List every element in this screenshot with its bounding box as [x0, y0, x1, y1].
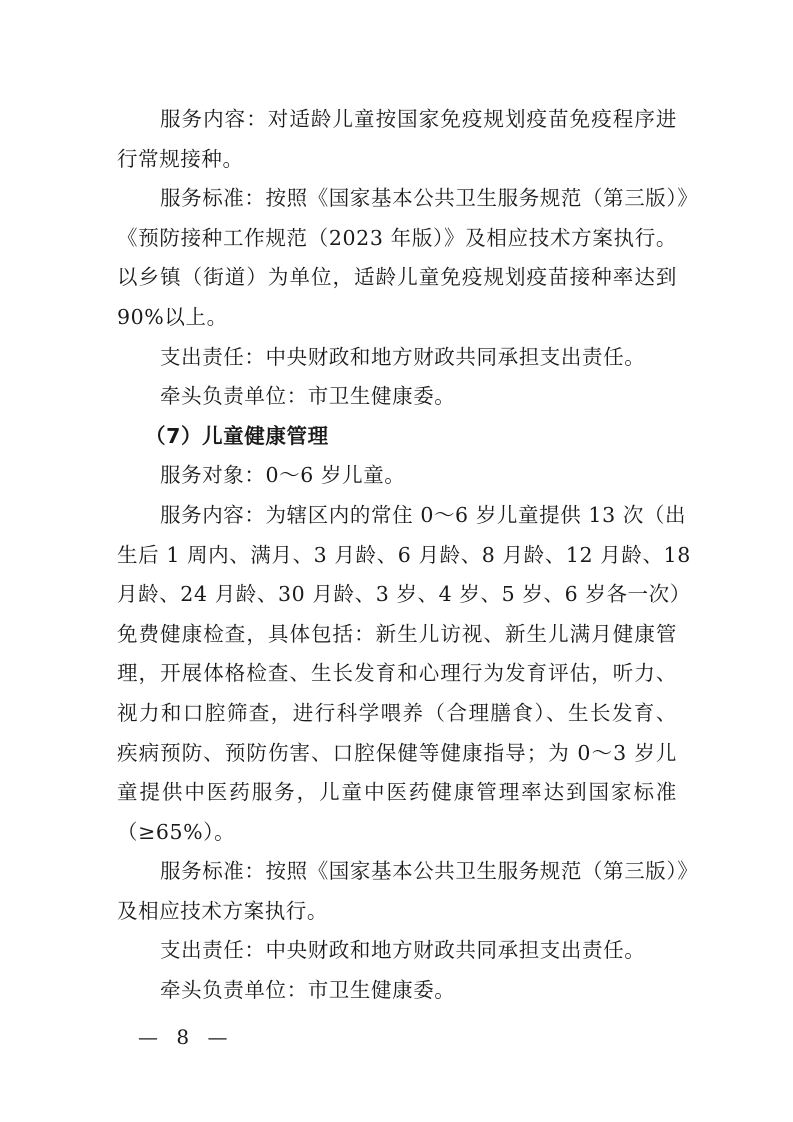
paragraph-line: 服务标准：按照《国家基本公共卫生服务规范（第三版）》	[117, 852, 677, 892]
paragraph-line: 服务标准：按照《国家基本公共卫生服务规范（第三版）》	[117, 179, 677, 219]
document-page: 服务内容：对适龄儿童按国家免疫规划疫苗免疫程序进 行常规接种。 服务标准：按照《…	[117, 100, 677, 1011]
paragraph-line: 月龄、24 月龄、30 月龄、3 岁、4 岁、5 岁、6 岁各一次）	[117, 575, 677, 615]
paragraph-line: 免费健康检查，具体包括：新生儿访视、新生儿满月健康管	[117, 615, 677, 655]
paragraph-line: 服务内容：为辖区内的常住 0～6 岁儿童提供 13 次（出	[117, 496, 677, 536]
paragraph-line: 以乡镇（街道）为单位，适龄儿童免疫规划疫苗接种率达到	[117, 258, 677, 298]
paragraph-line: 生后 1 周内、满月、3 月龄、6 月龄、8 月龄、12 月龄、18	[117, 536, 677, 576]
paragraph-line: 童提供中医药服务，儿童中医药健康管理率达到国家标准	[117, 773, 677, 813]
paragraph-line: 服务内容：对适龄儿童按国家免疫规划疫苗免疫程序进	[117, 100, 677, 140]
page-number: — 8 —	[138, 1025, 233, 1049]
paragraph-line: 支出责任：中央财政和地方财政共同承担支出责任。	[117, 931, 677, 971]
section-heading: （7）儿童健康管理	[117, 417, 677, 457]
paragraph-line: 90%以上。	[117, 298, 677, 338]
paragraph-line: 服务对象：0～6 岁儿童。	[117, 456, 677, 496]
paragraph-line: 牵头负责单位：市卫生健康委。	[117, 971, 677, 1011]
paragraph-line: 支出责任：中央财政和地方财政共同承担支出责任。	[117, 338, 677, 378]
paragraph-line: 理，开展体格检查、生长发育和心理行为发育评估，听力、	[117, 654, 677, 694]
paragraph-line: （≥65%）。	[117, 813, 677, 853]
paragraph-line: 行常规接种。	[117, 140, 677, 180]
paragraph-line: 牵头负责单位：市卫生健康委。	[117, 377, 677, 417]
paragraph-line: 《预防接种工作规范（2023 年版）》及相应技术方案执行。	[117, 219, 677, 259]
paragraph-line: 视力和口腔筛查，进行科学喂养（合理膳食）、生长发育、	[117, 694, 677, 734]
paragraph-line: 及相应技术方案执行。	[117, 892, 677, 932]
paragraph-line: 疾病预防、预防伤害、口腔保健等健康指导；为 0～3 岁儿	[117, 734, 677, 774]
